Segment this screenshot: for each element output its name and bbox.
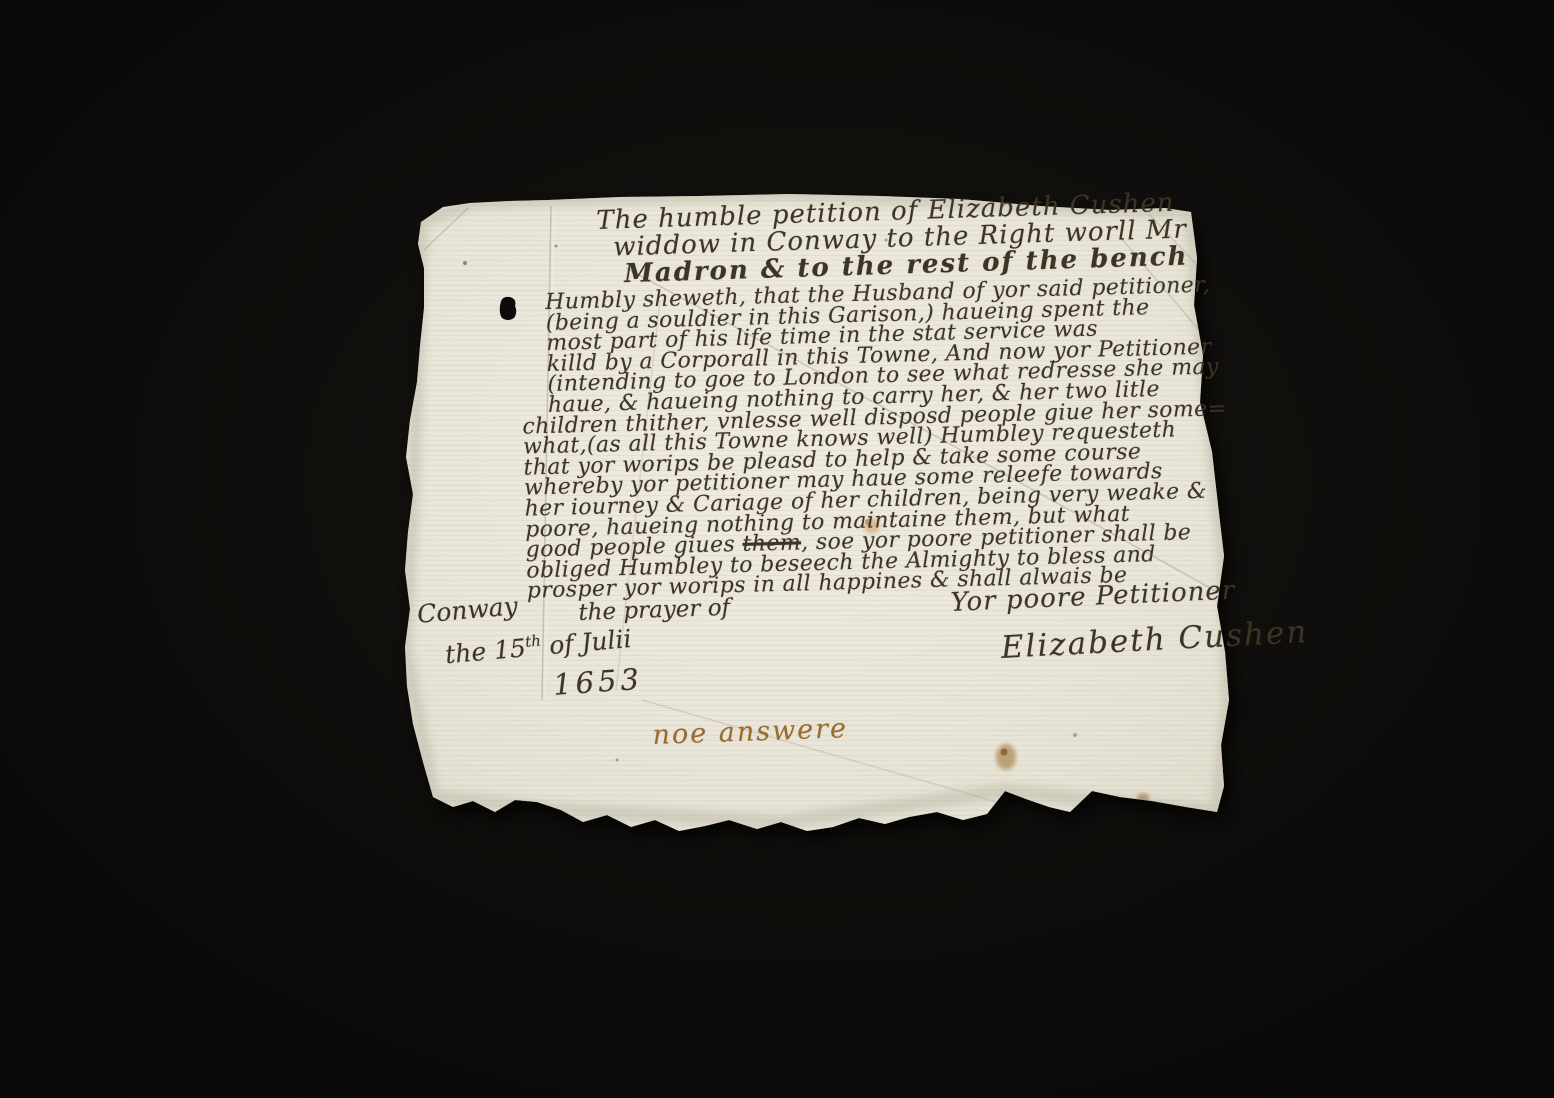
speck <box>1073 733 1077 737</box>
speck <box>555 245 558 248</box>
petition-heading: The humble petition of Elizabeth Cushen … <box>596 189 1189 289</box>
prayer-line: the prayer of <box>578 595 731 626</box>
stain <box>1001 749 1008 756</box>
stain <box>996 744 1016 770</box>
petition-body: Humbly sheweth, that the Husband of yor … <box>545 275 1231 602</box>
photo-backdrop: The humble petition of Elizabeth Cushen … <box>0 0 1554 1098</box>
stain <box>1137 793 1149 805</box>
worm-hole <box>500 297 517 320</box>
speck <box>616 759 619 762</box>
year-label: 1653 <box>552 662 644 702</box>
speck <box>463 261 467 265</box>
